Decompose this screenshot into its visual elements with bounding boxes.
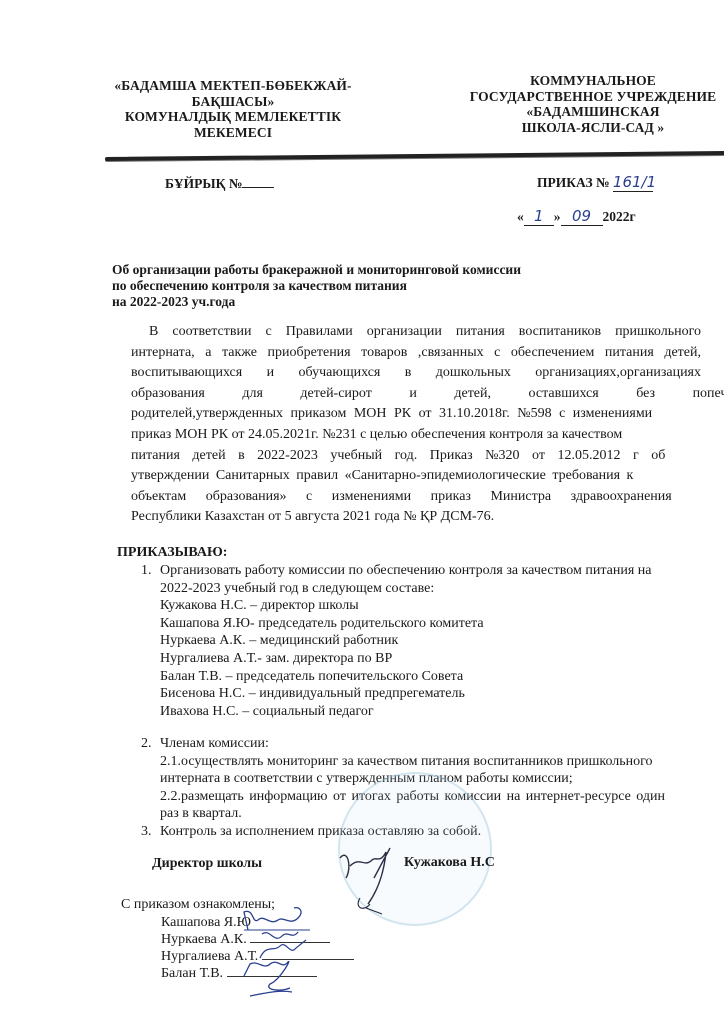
preamble-line: утверждении Санитарных правил «Санитарно… bbox=[131, 466, 701, 487]
person-name: Кашапова Я.Ю bbox=[161, 915, 251, 930]
preamble-line: питания детей в 2022-2023 учебный год. П… bbox=[131, 446, 701, 467]
kazakh-org-header: «БАДАМША МЕКТЕП-БӨБЕКЖАЙ- БАҚШАСЫ» КОМУН… bbox=[108, 78, 358, 140]
signature-name: Кужакова Н.С bbox=[404, 855, 495, 871]
order-label-ru: ПРИКАЗ № bbox=[537, 175, 610, 190]
orders-heading: ПРИКАЗЫВАЮ: bbox=[117, 545, 227, 561]
commission-member: Ивахова Н.С. – социальный педагог bbox=[141, 703, 651, 721]
commission-member: Балан Т.В. – председатель попечительског… bbox=[141, 668, 651, 686]
commission-member: Кужакова Н.С. – директор школы bbox=[141, 597, 651, 615]
order-label-kz: БҰЙРЫҚ № bbox=[165, 176, 242, 191]
acknowledgement-signatures-icon bbox=[240, 900, 370, 1010]
order-title: Об организации работы бракеражной и мони… bbox=[112, 262, 521, 310]
preamble-line: объектам образования» с изменениями прик… bbox=[131, 487, 701, 508]
title-line: на 2022-2023 уч.года bbox=[112, 294, 521, 310]
org-line: БАҚШАСЫ» bbox=[108, 94, 358, 110]
title-line: по обеспечению контроля за качеством пит… bbox=[112, 278, 521, 294]
order-subitem-text: 2.1.осуществлять мониторинг за качеством… bbox=[141, 753, 701, 771]
preamble-line: родителей,утвержденных приказом МОН РК о… bbox=[131, 404, 701, 425]
date-month: 09 bbox=[561, 207, 603, 226]
org-line: КОМУНАЛДЫҚ МЕМЛЕКЕТТІК bbox=[108, 109, 358, 125]
order-number-kz: БҰЙРЫҚ № bbox=[165, 176, 274, 192]
order-number-blank bbox=[242, 187, 274, 188]
date-day: 1 bbox=[524, 207, 554, 226]
header-separator bbox=[105, 151, 724, 161]
quote-close: » bbox=[554, 209, 561, 224]
order-number-handwritten: 161/1 bbox=[613, 173, 653, 192]
order-item-text: Членам комиссии: bbox=[160, 736, 269, 751]
date-year: 2022г bbox=[603, 209, 636, 224]
order-number-ru: ПРИКАЗ № 161/1 bbox=[537, 173, 653, 192]
commission-member: Нуркаева А.К. – медицинский работник bbox=[141, 632, 651, 650]
order-item-number: 3. bbox=[141, 823, 160, 841]
order-item-number: 1. bbox=[141, 562, 160, 580]
org-line: МЕКЕМЕСІ bbox=[108, 125, 358, 141]
order-item-number: 2. bbox=[141, 735, 160, 753]
order-item-text: 2022-2023 учебный год в следующем состав… bbox=[141, 580, 651, 598]
commission-member: Кашапова Я.Ю- председатель родительского… bbox=[141, 615, 651, 633]
title-line: Об организации работы бракеражной и мони… bbox=[112, 262, 521, 278]
preamble-line: образования для детей-сирот и детей, ост… bbox=[131, 384, 701, 405]
order-date: «1»092022г bbox=[517, 207, 636, 226]
russian-org-header: КОММУНАЛЬНОЕ ГОСУДАРСТВЕННОЕ УЧРЕЖДЕНИЕ … bbox=[462, 73, 724, 135]
org-line: «БАДАМШИНСКАЯ bbox=[462, 104, 724, 120]
signature-position: Директор школы bbox=[152, 856, 262, 872]
quote-open: « bbox=[517, 209, 524, 224]
preamble-line: воспитывающихся и обучающихся в дошкольн… bbox=[131, 363, 701, 384]
org-line: ШКОЛА-ЯСЛИ-САД » bbox=[462, 120, 724, 136]
preamble-paragraph: В соответствии с Правилами организации п… bbox=[131, 322, 701, 528]
org-line: КОММУНАЛЬНОЕ bbox=[462, 73, 724, 89]
preamble-line: интерната, а также приобретения товаров … bbox=[131, 343, 701, 364]
commission-member: Бисенова Н.С. – индивидуальный предпреге… bbox=[141, 685, 651, 703]
order-item-text: Организовать работу комиссии по обеспече… bbox=[160, 563, 651, 578]
person-name: Нуркаева А.К. bbox=[161, 932, 247, 947]
person-name: Балан Т.В. bbox=[161, 966, 223, 981]
org-line: «БАДАМША МЕКТЕП-БӨБЕКЖАЙ- bbox=[108, 78, 358, 94]
preamble-line: В соответствии с Правилами организации п… bbox=[131, 322, 701, 343]
commission-member: Нургалиева А.Т.- зам. директора по ВР bbox=[141, 650, 651, 668]
org-line: ГОСУДАРСТВЕННОЕ УЧРЕЖДЕНИЕ bbox=[462, 89, 724, 105]
order-item-1: 1.Организовать работу комиссии по обеспе… bbox=[141, 562, 651, 720]
preamble-line: приказ МОН РК от 24.05.2021г. №231 с цел… bbox=[131, 425, 701, 446]
preamble-line: Республики Казахстан от 5 августа 2021 г… bbox=[131, 507, 701, 528]
